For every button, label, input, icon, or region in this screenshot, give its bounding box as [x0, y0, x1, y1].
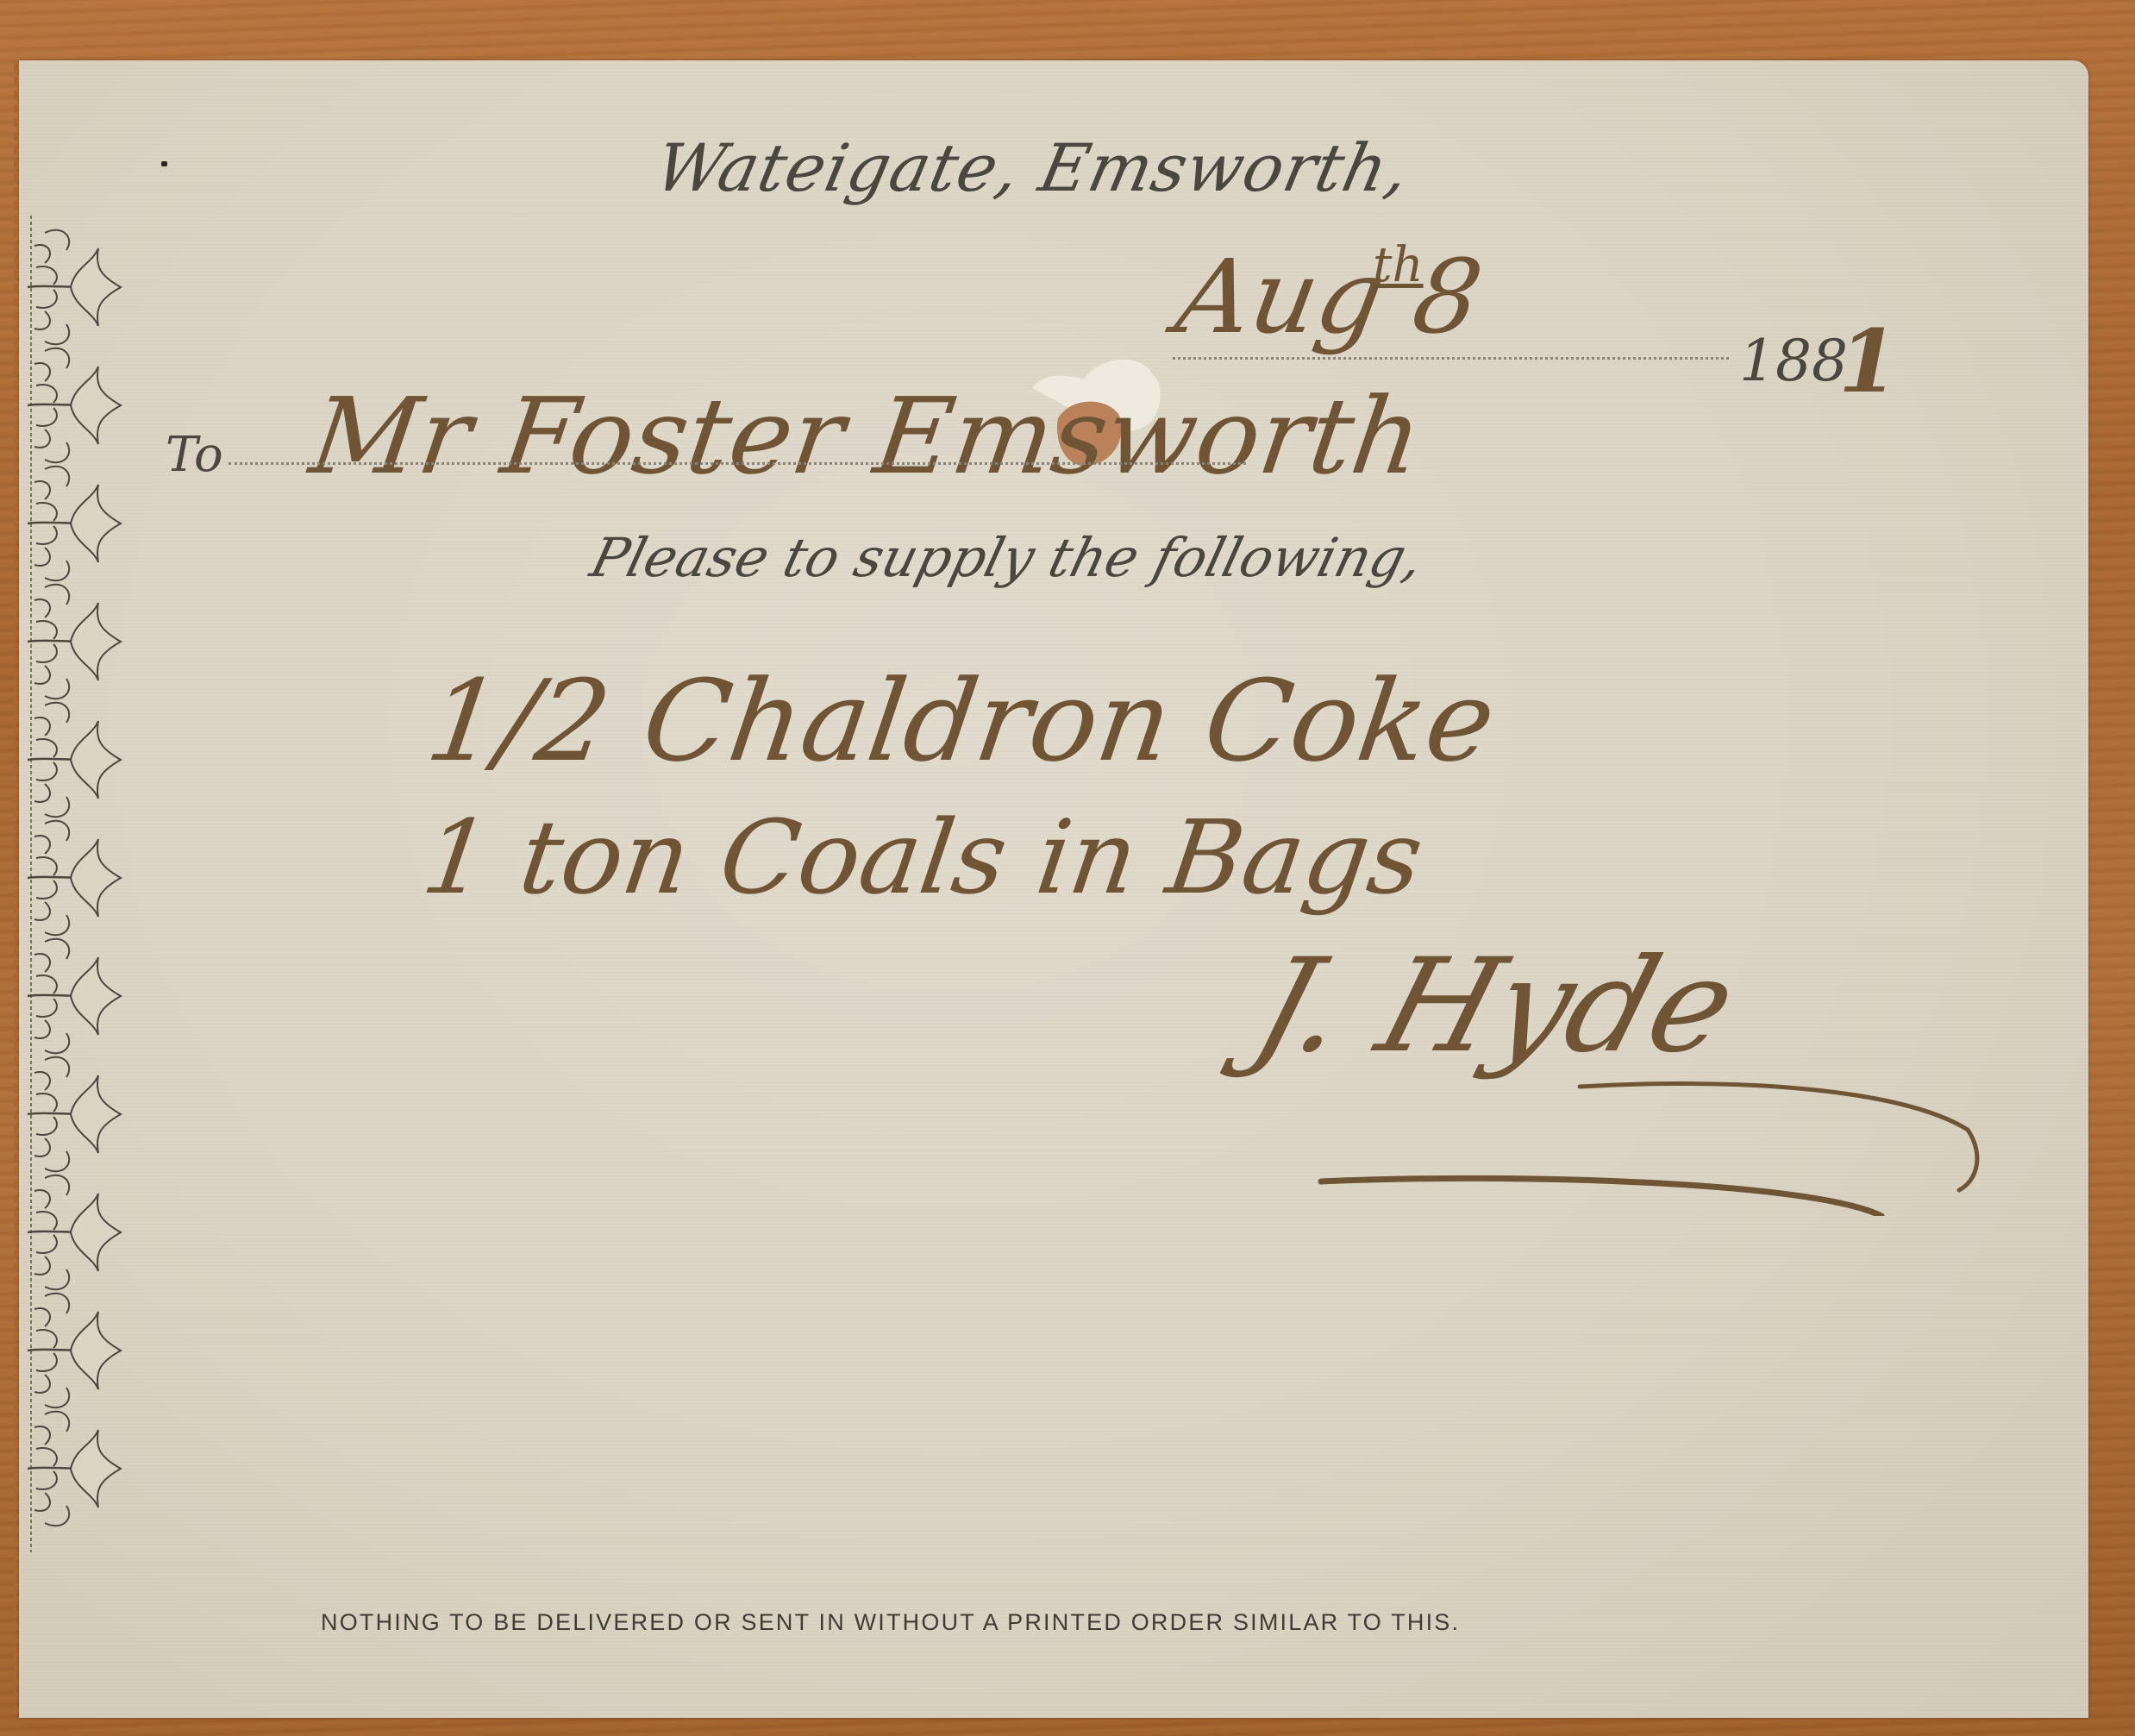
order-item: 1 ton Coals in Bags	[416, 798, 1430, 917]
date-dotted-line	[1173, 357, 1729, 360]
fleur-border-ornament-icon	[19, 216, 122, 1552]
order-item-quantity: 1 ton	[416, 798, 697, 917]
handwritten-year-digit: 1	[1838, 310, 1899, 412]
recipient-name: Mr Foster Emsworth	[304, 375, 1429, 498]
signature-flourish	[1295, 1009, 1985, 1216]
printed-year-prefix: 188	[1739, 328, 1848, 394]
order-form-paper: Wateigate, Emsworth, Aug 8 th 188 1 To M…	[19, 60, 2088, 1718]
order-item-description: Chaldron Coke	[635, 655, 1503, 787]
footer-notice: NOTHING TO BE DELIVERED OR SENT IN WITHO…	[321, 1609, 1460, 1636]
date-ordinal-suffix: th	[1373, 237, 1424, 293]
order-item-quantity: 1/2	[419, 655, 618, 787]
recipient-dotted-line	[229, 462, 1246, 465]
letterhead-address: Wateigate, Emsworth,	[649, 129, 1418, 206]
order-item: 1/2 Chaldron Coke	[419, 655, 1502, 787]
instruction-text: Please to supply the following,	[585, 526, 1430, 589]
ink-spot	[161, 161, 167, 166]
order-item-description: Coals in Bags	[713, 798, 1430, 917]
handwritten-date: Aug 8	[1168, 237, 1491, 356]
recipient-label: To	[166, 427, 223, 483]
